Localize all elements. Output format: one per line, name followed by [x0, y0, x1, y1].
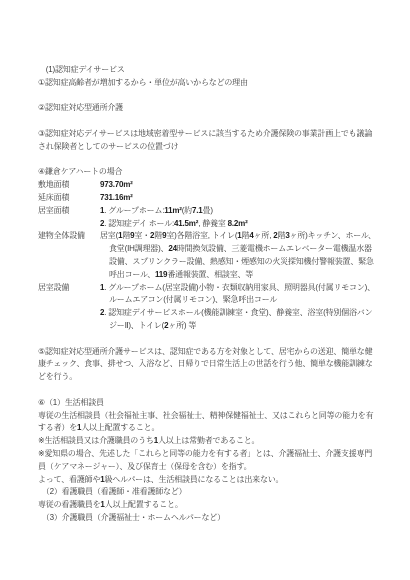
spec-label: 延床面積 [38, 192, 100, 205]
blank-line [38, 333, 378, 346]
spec-value-line: 2. 認知症デイサービスホール(機能訓練室・食堂)、静養室、浴室(特別個浴バンジ… [100, 307, 378, 333]
blank-line [38, 154, 378, 167]
section6-line-nurse-exclusion: よって、看護師や1級ヘルパーは、生活相談員になることは出来ない。 [38, 474, 378, 487]
spec-label: 居室設備 [38, 282, 100, 295]
spec-row-floor-area: 延床面積 731.16m² [38, 192, 378, 205]
spec-value: 1. グループホーム:11m²(約7.1畳) 2. 認知症デイ ホール:41.5… [100, 205, 378, 231]
section4-heading: ④鎌倉ケアハートの場合 [38, 166, 378, 179]
spec-value: 731.16m² [100, 192, 378, 205]
spec-row-building-equipment: 建物全体設備 居室(1階9室・2階9室)各階浴室, トイレ(1階4ヶ所, 2階3… [38, 230, 378, 281]
spec-row-site-area: 敷地面積 973.70m² [38, 179, 378, 192]
facility-spec-table: 敷地面積 973.70m² 延床面積 731.16m² 居室面積 1. グループ… [38, 179, 378, 333]
spec-row-room-area: 居室面積 1. グループホーム:11m²(約7.1畳) 2. 認知症デイ ホール… [38, 205, 378, 231]
section6-note-aichi: ※愛知県の場合、先述した「これらと同等の能力を有する者」とは、介護福祉士、介護支… [38, 448, 378, 474]
spec-value-line: 973.70m² [100, 179, 378, 192]
section1-reason: ①認知症高齢者が増加するから・単位が高いからなどの理由 [38, 77, 378, 90]
spec-value: 973.70m² [100, 179, 378, 192]
spec-value-line: 1. グループホーム(居室設備)小物・衣類収納用家具、照明器具(付属リモコン)、… [100, 282, 378, 308]
section6-subheading-careworker: （3）介護職員（介護福祉士・ホームヘルパーなど） [38, 512, 378, 525]
document-page: (1)認知症デイサービス ①認知症高齢者が増加するから・単位が高いからなどの理由… [0, 0, 410, 580]
spec-value-line: 1. グループホーム:11m²(約7.1畳) [100, 205, 378, 218]
spec-label: 居室面積 [38, 205, 100, 218]
section6-heading: ⑥（1）生活相談員 [38, 397, 378, 410]
section6-line-nurse-req: 専従の看護職員を1人以上配置すること。 [38, 499, 378, 512]
spec-value: 居室(1階9室・2階9室)各階浴室, トイレ(1階4ヶ所, 2階3ヶ所)キッチン… [100, 230, 378, 281]
section3-paragraph: ③認知症対応デイサービスは地域密着型サービスに該当するため介護保険の事業計画上で… [38, 128, 378, 154]
spec-label: 敷地面積 [38, 179, 100, 192]
section1-heading: (1)認知症デイサービス [38, 64, 378, 77]
spec-value-line: 731.16m² [100, 192, 378, 205]
blank-line [38, 90, 378, 103]
spec-label: 建物全体設備 [38, 230, 100, 243]
section2-line: ②認知症対応型通所介護 [38, 102, 378, 115]
blank-line [38, 384, 378, 397]
spec-row-room-equipment: 居室設備 1. グループホーム(居室設備)小物・衣類収納用家具、照明器具(付属リ… [38, 282, 378, 333]
section6-subheading-nurse: （2）看護職員（看護師・准看護師など） [38, 486, 378, 499]
section6-line-counselor-req: 専従の生活相談員（社会福祉主事、社会福祉士、精神保健福祉士、又はこれらと同等の能… [38, 410, 378, 436]
section6-note-fulltime: ※生活相談員又は介護職員のうち1人以上は常勤者であること。 [38, 435, 378, 448]
spec-value: 1. グループホーム(居室設備)小物・衣類収納用家具、照明器具(付属リモコン)、… [100, 282, 378, 333]
blank-line [38, 115, 378, 128]
spec-value-line: 居室(1階9室・2階9室)各階浴室, トイレ(1階4ヶ所, 2階3ヶ所)キッチン… [100, 230, 378, 281]
spec-value-line: 2. 認知症デイ ホール:41.5m², 静養室 8.2m² [100, 218, 378, 231]
section5-paragraph: ⑤認知症対応型通所介護サービスは、認知症である方を対象として、居宅からの送迎、簡… [38, 346, 378, 384]
